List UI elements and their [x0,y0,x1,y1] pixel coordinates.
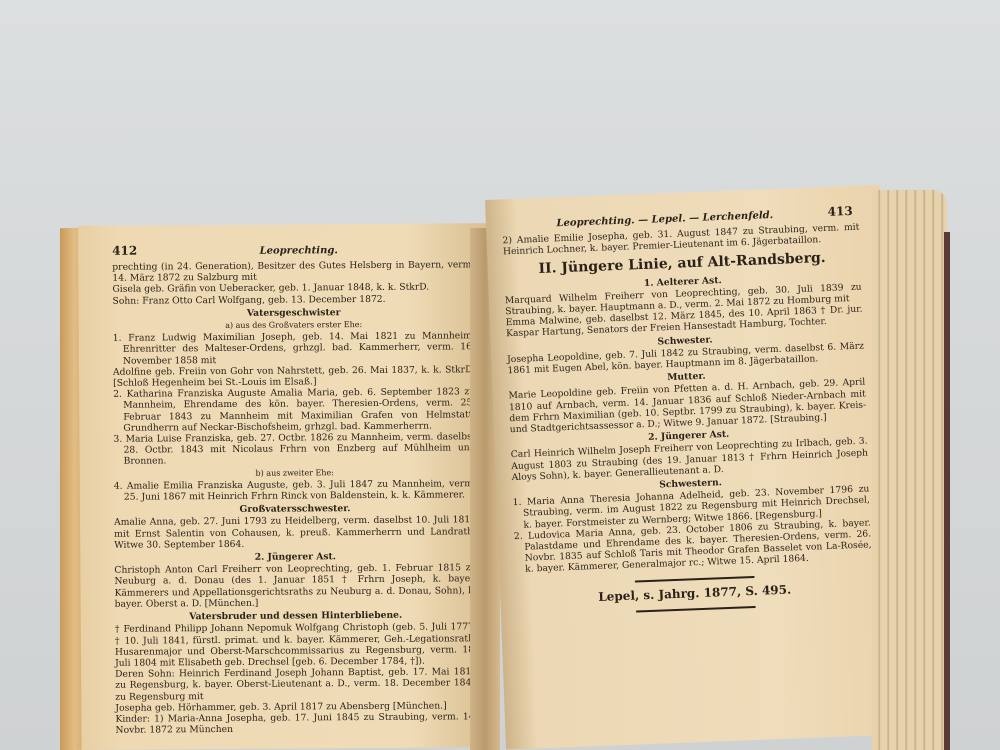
text-block-para: Adolfine geb. Freiin von Gohr von Nahrst… [113,364,475,389]
divider [635,606,755,613]
text-block-item: 1. Franz Ludwig Maximilian Joseph, geb. … [113,330,475,366]
left-page: 412 Leoprechting. prechting (in 24. Gene… [78,223,492,750]
text-block-para: † Ferdinand Philipp Johann Nepomuk Wolfg… [115,622,477,669]
left-page-text: prechting (in 24. Generation), Besitzer … [78,259,491,736]
text-block-item: 3. Maria Luise Franziska, geb. 27. Octbr… [113,431,475,467]
text-block-para: Christoph Anton Carl Freiherr von Leopre… [114,563,476,610]
page-number: 412 [112,244,137,258]
text-block-item: 4. Amalie Emilia Franziska Auguste, geb.… [114,478,476,503]
running-head: Leoprechting. [260,245,338,257]
right-page-text: 2) Amalie Emilie Josepha, geb. 31. Augus… [486,221,895,618]
page-number: 413 [827,204,853,219]
text-block-para: Deren Sohn: Heinrich Ferdinand Joseph Jo… [115,666,477,702]
text-block-ref: Lepel, s. Jahrg. 1877, S. 495. [516,581,873,606]
page-edges [872,190,947,750]
divider [634,576,754,583]
text-block-para: prechting (in 24. Generation), Besitzer … [112,259,474,284]
book-spine [944,232,950,750]
text-block-item: 2. Katharina Franziska Auguste Amalia Ma… [113,386,475,433]
text-block-para: Sohn: Franz Otto Carl Wolfgang, geb. 13.… [112,293,474,307]
text-block-para: Kinder: 1) Maria-Anna Josepha, geb. 17. … [115,711,477,736]
text-block-para: Amalie Anna, geb. 27. Juni 1793 zu Heide… [114,515,476,551]
open-book: 412 Leoprechting. prechting (in 24. Gene… [0,0,1000,750]
left-page-header: 412 Leoprechting. [78,223,488,262]
right-page: Leoprechting. — Lepel. — Lerchenfeld. 41… [485,185,901,750]
